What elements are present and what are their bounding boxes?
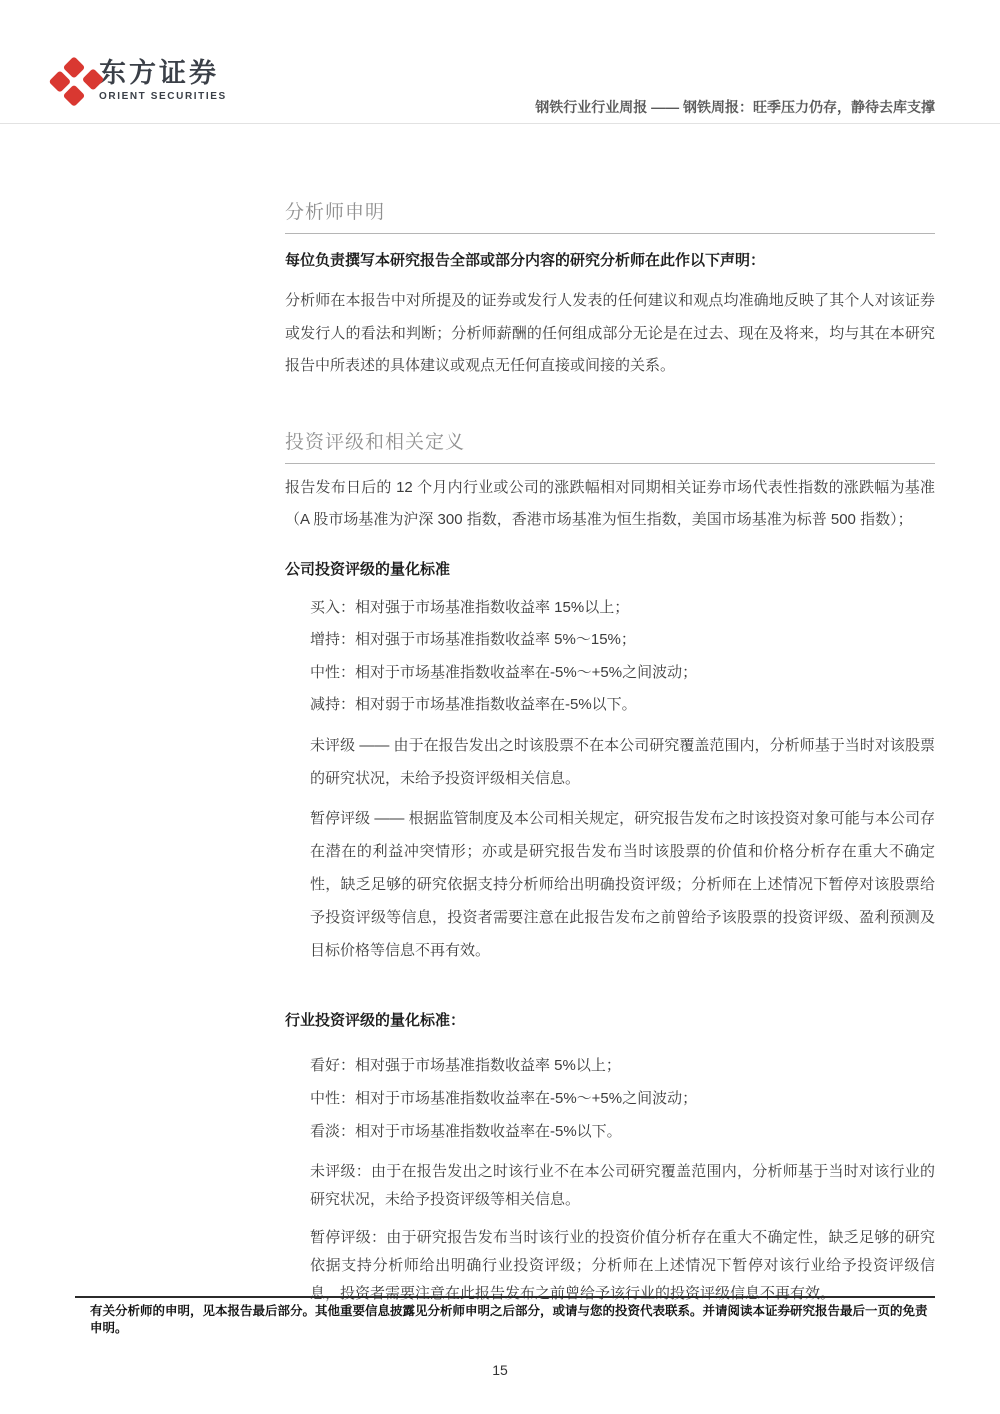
orient-securities-logo-icon: [47, 56, 101, 110]
page-header: 东方证券 ORIENT SECURITIES 钢铁行业行业周报 —— 钢铁周报：…: [0, 0, 1000, 124]
logo-name-cn: 东方证券: [99, 60, 227, 87]
document-body: 分析师申明 每位负责撰写本研究报告全部或部分内容的研究分析师在此作以下声明： 分…: [285, 197, 935, 1308]
page-number: 15: [0, 1362, 1000, 1378]
report-title-label: 钢铁行业行业周报 —— 钢铁周报：旺季压力仍存，静待去库支撑: [535, 97, 935, 117]
footer-disclaimer-text: 有关分析师的申明，见本报告最后部分。其他重要信息披露见分析师申明之后部分，或请与…: [90, 1303, 935, 1337]
company-suspended-paragraph: 暂停评级 —— 根据监管制度及本公司相关规定，研究报告发布之时该投资对象可能与本…: [310, 802, 935, 967]
industry-rating-list: 看好：相对强于市场基准指数收益率 5%以上； 中性：相对于市场基准指数收益率在-…: [310, 1049, 935, 1148]
industry-rating-item-negative: 看淡：相对于市场基准指数收益率在-5%以下。: [310, 1115, 935, 1148]
company-rating-item-add: 增持：相对强于市场基准指数收益率 5%～15%；: [310, 624, 935, 657]
logo-petal: [63, 84, 86, 107]
industry-rating-heading: 行业投资评级的量化标准：: [285, 1009, 935, 1033]
company-rating-item-buy: 买入：相对强于市场基准指数收益率 15%以上；: [310, 592, 935, 625]
rating-basis-paragraph: 报告发布日后的 12 个月内行业或公司的涨跌幅相对同期相关证券市场代表性指数的涨…: [285, 472, 935, 537]
section-title-rating-definitions: 投资评级和相关定义: [285, 427, 935, 464]
company-rating-heading: 公司投资评级的量化标准: [285, 558, 935, 582]
industry-rating-item-positive: 看好：相对强于市场基准指数收益率 5%以上；: [310, 1049, 935, 1082]
orient-securities-logo: 东方证券 ORIENT SECURITIES: [55, 60, 227, 102]
logo-petal: [63, 56, 86, 79]
industry-suspended-paragraph: 暂停评级：由于研究报告发布当时该行业的投资价值分析存在重大不确定性，缺乏足够的研…: [310, 1224, 935, 1308]
logo-name-en: ORIENT SECURITIES: [99, 92, 227, 102]
analyst-statement-body: 分析师在本报告中对所提及的证券或发行人发表的任何建议和观点均准确地反映了其个人对…: [285, 285, 935, 383]
company-rating-item-neutral: 中性：相对于市场基准指数收益率在-5%～+5%之间波动；: [310, 657, 935, 690]
industry-unrated-paragraph: 未评级：由于在报告发出之时该行业不在本公司研究覆盖范围内，分析师基于当时对该行业…: [310, 1158, 935, 1214]
section-title-analyst-statement: 分析师申明: [285, 197, 935, 234]
analyst-statement-intro: 每位负责撰写本研究报告全部或部分内容的研究分析师在此作以下声明：: [285, 249, 935, 273]
industry-rating-item-neutral: 中性：相对于市场基准指数收益率在-5%～+5%之间波动；: [310, 1082, 935, 1115]
company-rating-item-reduce: 减持：相对弱于市场基准指数收益率在-5%以下。: [310, 689, 935, 722]
company-unrated-paragraph: 未评级 —— 由于在报告发出之时该股票不在本公司研究覆盖范围内，分析师基于当时对…: [310, 729, 935, 795]
footer-divider-rule: [75, 1296, 935, 1298]
company-rating-list: 买入：相对强于市场基准指数收益率 15%以上； 增持：相对强于市场基准指数收益率…: [310, 592, 935, 722]
logo-text: 东方证券 ORIENT SECURITIES: [99, 60, 227, 102]
